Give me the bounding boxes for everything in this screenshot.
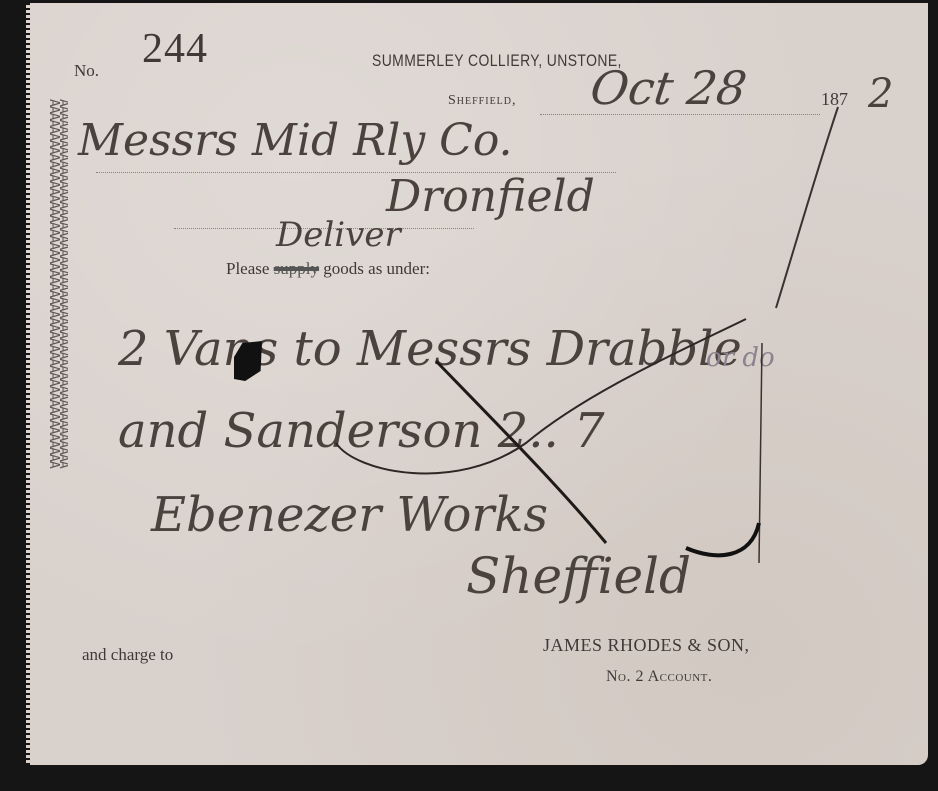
year-prefix: 187: [821, 89, 848, 110]
colliery-heading: SUMMERLEY COLLIERY, UNSTONE,: [372, 51, 622, 71]
handwritten-addressee-place: Dronfield: [386, 171, 595, 222]
handwritten-correction: Deliver: [276, 215, 401, 255]
handwritten-body-line-3: Ebenezer Works: [151, 487, 548, 543]
struck-word: supply: [274, 259, 319, 278]
handwritten-addressee: Messrs Mid Rly Co.: [78, 115, 513, 166]
delivery-order-slip: AAAAAAAAAAAAAAAAAAAAAAAAAAAAAAAAAAAAAAAA…: [26, 3, 928, 765]
handwritten-body-line-1: 2 Vans to Messrs Drabble: [118, 321, 742, 377]
serial-label: No.: [74, 61, 99, 81]
charge-label: and charge to: [82, 645, 173, 665]
handwritten-year-digit: 2: [868, 71, 893, 117]
handwritten-date: Oct 28: [587, 61, 750, 115]
instruction-prefix: Please: [226, 259, 269, 278]
decorative-border-ornament: AAAAAAAAAAAAAAAAAAAAAAAAAAAAAAAAAAAAAAAA…: [40, 99, 68, 647]
instruction-text: Please supply goods as under:: [226, 259, 430, 279]
vertical-rule-stroke: [759, 343, 762, 563]
instruction-suffix: goods as under:: [323, 259, 430, 278]
pencil-annotation: or do: [706, 343, 775, 373]
long-pen-stroke: [776, 107, 838, 308]
serial-number: 244: [142, 25, 208, 73]
city-label: Sheffield,: [448, 93, 517, 109]
bold-hook-stroke: [686, 523, 759, 555]
handwritten-body-line-4: Sheffield: [466, 547, 691, 605]
perforated-edge: [26, 3, 30, 765]
ornament-row: AAAAAAAAAAAAAAAAAAAAAAAAAAAAAAAAAAAAAAAA…: [48, 99, 58, 647]
account-number: No. 2 Account.: [606, 668, 712, 686]
account-holder: JAMES RHODES & SON,: [543, 635, 750, 656]
handwritten-body-line-2: and Sanderson 2.. 7: [118, 403, 605, 459]
